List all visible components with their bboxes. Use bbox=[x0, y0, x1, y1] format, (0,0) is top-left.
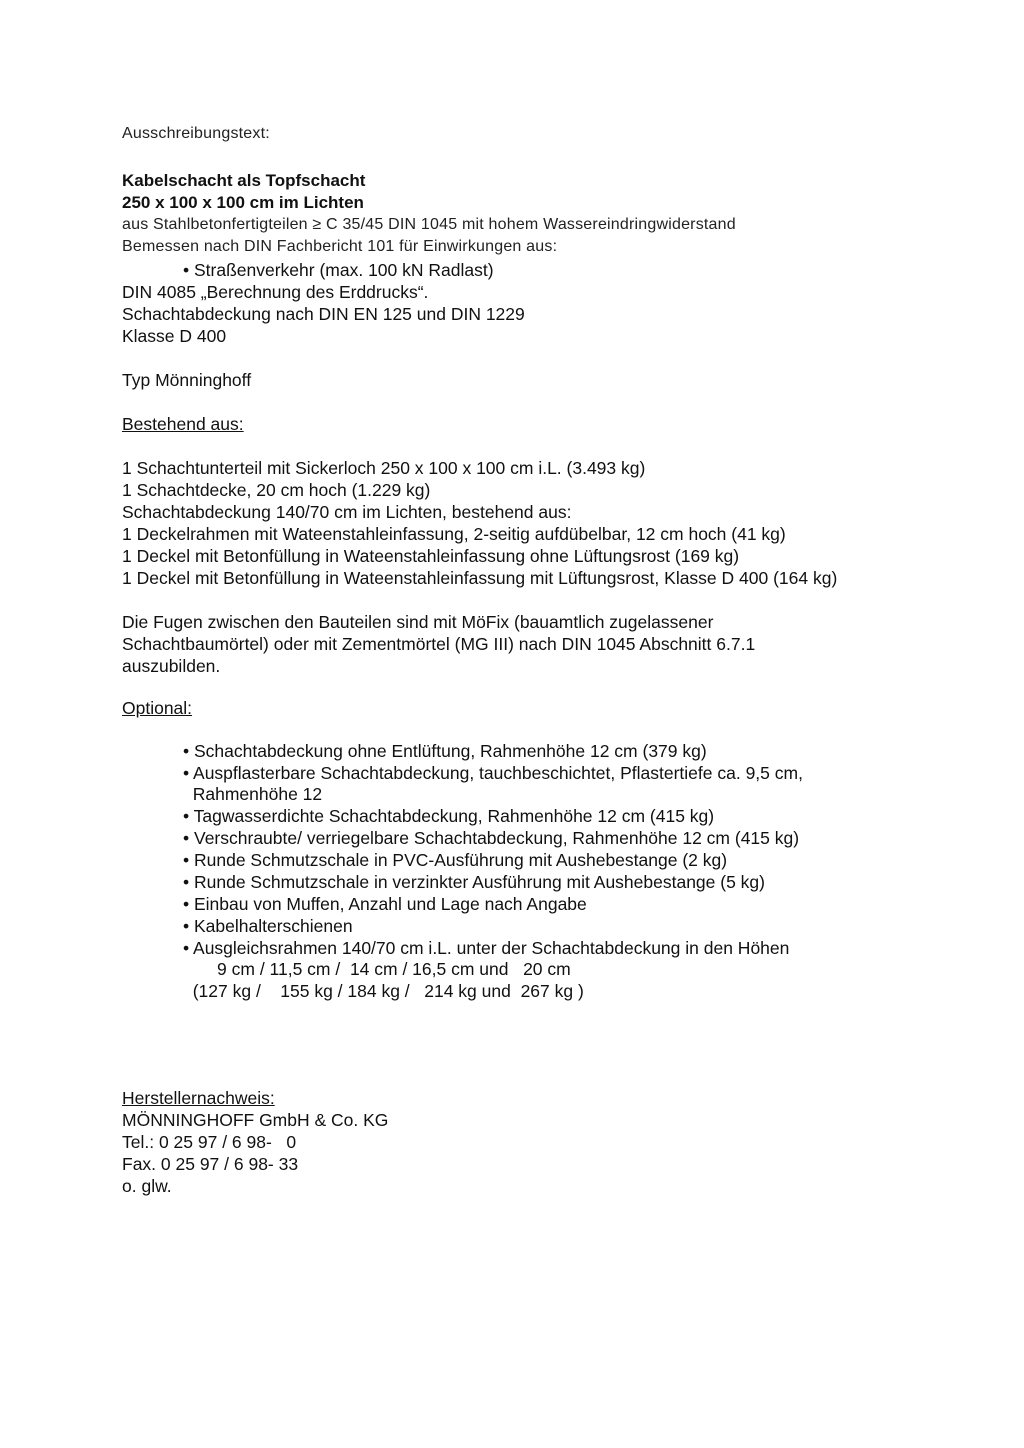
consists-item: Schachtabdeckung 140/70 cm im Lichten, b… bbox=[122, 501, 571, 523]
optional-item: • Verschraubte/ verriegelbare Schachtabd… bbox=[183, 827, 799, 849]
optional-item: • Ausgleichsrahmen 140/70 cm i.L. unter … bbox=[183, 937, 789, 959]
description-line-1: aus Stahlbetonfertigteilen ≥ C 35/45 DIN… bbox=[122, 214, 736, 236]
description-line-2: Bemessen nach DIN Fachbericht 101 für Ei… bbox=[122, 236, 557, 258]
optional-item: 9 cm / 11,5 cm / 14 cm / 16,5 cm und 20 … bbox=[183, 958, 571, 980]
type-line: Typ Mönninghoff bbox=[122, 369, 251, 391]
din-line: DIN 4085 „Berechnung des Erddrucks“. bbox=[122, 281, 428, 303]
document-page: Ausschreibungstext: Kabelschacht als Top… bbox=[0, 0, 1024, 1448]
optional-item: • Kabelhalterschienen bbox=[183, 915, 353, 937]
joints-text: auszubilden. bbox=[122, 655, 220, 677]
label-ausschreibungstext: Ausschreibungstext: bbox=[122, 123, 270, 145]
consists-item: 1 Deckel mit Betonfüllung in Wateenstahl… bbox=[122, 545, 739, 567]
consists-item: 1 Schachtunterteil mit Sickerloch 250 x … bbox=[122, 457, 645, 479]
consists-item: 1 Deckel mit Betonfüllung in Wateenstahl… bbox=[122, 567, 837, 589]
manufacturer-heading: Herstellernachweis: bbox=[122, 1087, 275, 1109]
optional-item: (127 kg / 155 kg / 184 kg / 214 kg und 2… bbox=[183, 980, 584, 1002]
optional-item: • Auspflasterbare Schachtabdeckung, tauc… bbox=[183, 762, 803, 784]
consists-item: 1 Schachtdecke, 20 cm hoch (1.229 kg) bbox=[122, 479, 430, 501]
manufacturer-name: MÖNNINGHOFF GmbH & Co. KG bbox=[122, 1109, 388, 1131]
optional-heading: Optional: bbox=[122, 697, 192, 719]
load-bullet: • Straßenverkehr (max. 100 kN Radlast) bbox=[183, 259, 494, 281]
manufacturer-fax: Fax. 0 25 97 / 6 98- 33 bbox=[122, 1153, 298, 1175]
manufacturer-phone: Tel.: 0 25 97 / 6 98- 0 bbox=[122, 1131, 296, 1153]
cover-norm: Schachtabdeckung nach DIN EN 125 und DIN… bbox=[122, 303, 525, 325]
optional-item: • Runde Schmutzschale in verzinkter Ausf… bbox=[183, 871, 765, 893]
optional-item: • Einbau von Muffen, Anzahl und Lage nac… bbox=[183, 893, 587, 915]
optional-item: • Runde Schmutzschale in PVC-Ausführung … bbox=[183, 849, 727, 871]
cover-class: Klasse D 400 bbox=[122, 325, 226, 347]
title-line-2: 250 x 100 x 100 cm im Lichten bbox=[122, 192, 364, 214]
consists-item: 1 Deckelrahmen mit Wateenstahleinfassung… bbox=[122, 523, 786, 545]
joints-text: Schachtbaumörtel) oder mit Zementmörtel … bbox=[122, 633, 755, 655]
optional-item: • Schachtabdeckung ohne Entlüftung, Rahm… bbox=[183, 740, 707, 762]
joints-text: Die Fugen zwischen den Bauteilen sind mi… bbox=[122, 611, 713, 633]
optional-item: • Tagwasserdichte Schachtabdeckung, Rahm… bbox=[183, 805, 714, 827]
equivalent-note: o. glw. bbox=[122, 1175, 172, 1197]
consists-heading: Bestehend aus: bbox=[122, 413, 244, 435]
title-line-1: Kabelschacht als Topfschacht bbox=[122, 170, 365, 192]
optional-item: Rahmenhöhe 12 bbox=[183, 783, 322, 805]
